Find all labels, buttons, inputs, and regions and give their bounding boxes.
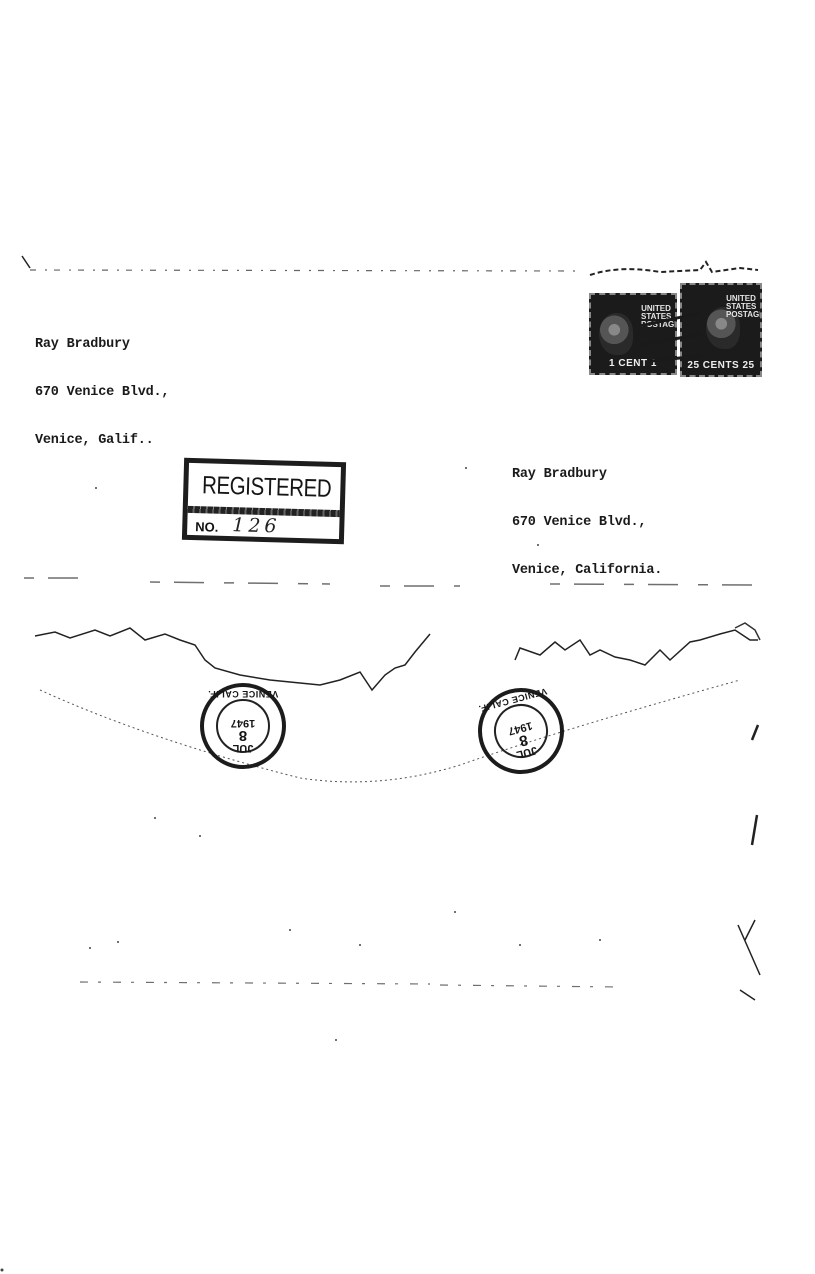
scan-artifacts bbox=[0, 0, 815, 1274]
stamp-country: UNITED STATES POSTAGE bbox=[726, 295, 756, 319]
postmark-left: JUL 8 1947 VENICE CALIF. bbox=[200, 683, 286, 769]
stamp-25-cents: UNITED STATES POSTAGE 25 CENTS 25 bbox=[680, 283, 762, 377]
return-address-line: Ray Bradbury bbox=[35, 337, 169, 353]
postmark-date: JUL 8 1947 bbox=[204, 717, 282, 753]
scanned-page: Ray Bradbury 670 Venice Blvd., Venice, G… bbox=[0, 0, 815, 1274]
return-address-line: Venice, Galif.. bbox=[35, 433, 169, 449]
postmark-date: JUL 8 1947 bbox=[481, 712, 566, 767]
registered-number-label: NO. bbox=[195, 519, 219, 535]
return-address-line: 670 Venice Blvd., bbox=[35, 385, 169, 401]
portrait-icon bbox=[599, 313, 633, 355]
recipient-address-line: 670 Venice Blvd., bbox=[512, 515, 662, 531]
stamp-country-line: POSTAGE bbox=[726, 311, 756, 319]
stamp-denomination: 25 CENTS 25 bbox=[682, 360, 760, 371]
recipient-address-line: Venice, California. bbox=[512, 563, 662, 579]
postmark-day: 8 bbox=[204, 728, 282, 742]
registered-label: REGISTERED NO. 126 bbox=[182, 458, 346, 544]
registered-number-value: 126 bbox=[232, 514, 281, 537]
registered-title: REGISTERED bbox=[202, 471, 327, 503]
recipient-address: Ray Bradbury 670 Venice Blvd., Venice, C… bbox=[512, 435, 662, 611]
stamp-1-cent: UNITED STATES POSTAGE 1 CENT 1 bbox=[589, 293, 677, 375]
postmark-ring-text: VENICE CALIF. bbox=[204, 689, 282, 699]
recipient-address-line: Ray Bradbury bbox=[512, 467, 662, 483]
return-address: Ray Bradbury 670 Venice Blvd., Venice, G… bbox=[35, 305, 169, 481]
postmark-year: 1947 bbox=[231, 717, 255, 729]
